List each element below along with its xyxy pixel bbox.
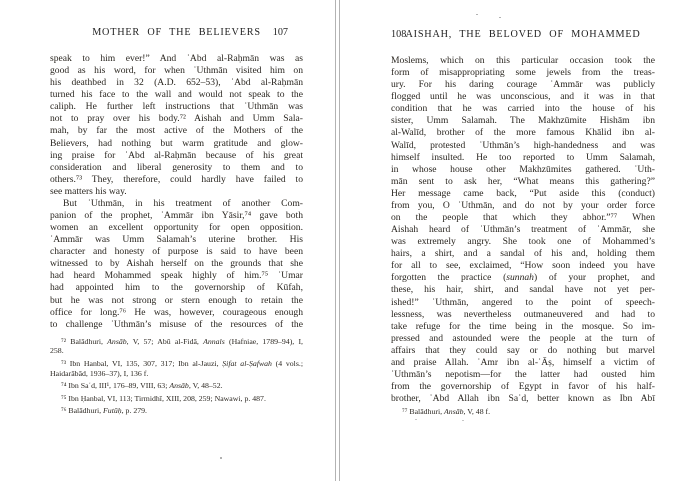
text-line: Walīd, protested ʿUthmān’s high-handedne…: [391, 140, 655, 152]
text-line: Believers, had nothing but warm gratitud…: [50, 138, 303, 150]
text-line: had heard Mohammed speak highly of him.⁷…: [50, 270, 303, 282]
text-line: on the people that which they abhor.”⁷⁷ …: [391, 212, 655, 224]
text-line: character and honesty of purpose is said…: [50, 246, 303, 258]
text-line: women an excellent opportunity for open …: [50, 222, 303, 234]
text-line: 258.: [50, 346, 303, 356]
text-line: affairs that they could say or do nothin…: [391, 345, 655, 357]
text-line: himself insulted. He too reported to Umm…: [391, 152, 655, 164]
scan-speck: [415, 419, 417, 420]
text-line: for all to see, exclaimed, “How soon ind…: [391, 260, 655, 272]
text-line: office for long.⁷⁶ He was, however, cour…: [50, 307, 303, 319]
text-line: lessness, was nevertheless outmaneuvered…: [391, 309, 655, 321]
book-spread: MOTHER OF THE BELIEVERS 107 speak to him…: [0, 0, 673, 481]
page-right: 108 AISHAH, THE BELOVED OF MOHAMMED Mosl…: [340, 0, 673, 481]
text-line: mān sent to ask her, “What means this ga…: [391, 176, 655, 188]
running-head-right: 108 AISHAH, THE BELOVED OF MOHAMMED: [391, 29, 655, 40]
footnotes-left: ⁷² Balādhuri, Ansāb, V, 57; Abū al-Fidā,…: [50, 334, 303, 416]
text-line: ⁷³ Ibn Hanbal, VI, 135, 307, 317; Ibn al…: [50, 359, 303, 369]
page-left: MOTHER OF THE BELIEVERS 107 speak to him…: [0, 0, 334, 481]
running-head-left: MOTHER OF THE BELIEVERS 107: [50, 27, 303, 38]
text-line: ⁷⁵ Ibn Ḥanbal, VI, 113; Tirmidhī, XIII, …: [50, 394, 303, 404]
text-line: Haidarābād, 1936–37), I, 136 f.: [50, 369, 303, 379]
scan-speck: [476, 14, 478, 15]
text-line: ⁷⁷ Balādhuri, Ansāb, V, 48 f.: [391, 407, 655, 417]
text-line: Moslems, which on this particular occasi…: [391, 55, 655, 67]
page-number-left: 107: [273, 27, 288, 38]
text-line: form of misappropriating some jewels fro…: [391, 67, 655, 79]
body-text-right: Moslems, which on this particular occasi…: [391, 55, 655, 405]
text-line: But ʿUthmān, in his treatment of another…: [50, 198, 303, 210]
text-line: panion of the prophet, ʿAmmār ibn Yāsir,…: [50, 210, 303, 222]
text-line: in whose house other Makhzūmites gathere…: [391, 164, 655, 176]
text-line: ʿAmmār was Umm Salamah’s uterine brother…: [50, 234, 303, 246]
text-line: ⁷⁴ Ibn Saʿd, III¹, 176–89, VIII, 63; Ans…: [50, 381, 303, 391]
text-line: ⁷² Balādhuri, Ansāb, V, 57; Abū al-Fidā,…: [50, 337, 303, 347]
text-line: condition that he was carried into the h…: [391, 103, 655, 115]
text-line: and praise Allah. ʿAmr ibn al-ʿĀṣ, himse…: [391, 357, 655, 369]
text-line: pressed and astounded were the people at…: [391, 333, 655, 345]
text-line: good as his word, for when ʿUthmān visit…: [50, 65, 303, 77]
text-line: ing praise for ʿAbd al-Raḥmān because of…: [50, 150, 303, 162]
text-line: take refuge for the time being in the mo…: [391, 321, 655, 333]
running-title-right: AISHAH, THE BELOVED OF MOHAMMED: [405, 29, 640, 40]
text-line: Aishah heard of ʿUthmān’s treatment of ʿ…: [391, 224, 655, 236]
text-line: others.⁷³ They, therefore, could hardly …: [50, 174, 303, 186]
text-line: hairs, a shirt, and a sandal of his and,…: [391, 248, 655, 260]
text-line: flogged until he was unconscious, and it…: [391, 91, 655, 103]
text-line: mah, by far the most active of the Mothe…: [50, 125, 303, 137]
scan-speck: [499, 17, 501, 18]
text-line: was extremely angry. She took one of Moh…: [391, 236, 655, 248]
text-line: from you, O ʿUthmān, and do not by your …: [391, 200, 655, 212]
text-line: but he was not strong or stern enough to…: [50, 295, 303, 307]
text-line: ʿUthmān’s nepotism—for the latter had ou…: [391, 369, 655, 381]
page-number-right: 108: [391, 29, 406, 40]
text-line: his deathbed in 32 (A.D. 652–53), ʿAbd a…: [50, 77, 303, 89]
text-line: see matters his way.: [50, 186, 303, 198]
text-line: Her message came back, “Put aside this (…: [391, 188, 655, 200]
left-column: MOTHER OF THE BELIEVERS 107 speak to him…: [50, 0, 303, 481]
text-line: to challenge ʿUthmān’s misuse of the res…: [50, 319, 303, 331]
text-line: forgotten the practice (sunnah) of your …: [391, 272, 655, 284]
scan-speck: [220, 457, 222, 459]
text-line: sister, Umm Salamah. The Makhzūmite Hish…: [391, 115, 655, 127]
text-line: from the governorship of Egypt in favor …: [391, 381, 655, 393]
text-line: turned his face to the wall and would no…: [50, 89, 303, 101]
right-column: 108 AISHAH, THE BELOVED OF MOHAMMED Mosl…: [391, 0, 655, 481]
text-line: not to pray over his body.⁷² Aishah and …: [50, 113, 303, 125]
text-line: caliph. He further left instructions tha…: [50, 101, 303, 113]
text-line: witnessed to by Aishah herself on the gr…: [50, 258, 303, 270]
text-line: these, his hair, shirt, and sandal have …: [391, 284, 655, 296]
text-line: ished!” ʿUthmān, angered to the point of…: [391, 297, 655, 309]
body-text-left: speak to him ever!” And ʿAbd al-Raḥmān w…: [50, 53, 303, 331]
text-line: ury. For his daring courage ʿAmmār was p…: [391, 79, 655, 91]
text-line: had appointed him to the governorship of…: [50, 282, 303, 294]
text-line: ⁷⁶ Balādhuri, Futūḥ, p. 279.: [50, 406, 303, 416]
scan-speck: [462, 420, 464, 421]
running-title-left: MOTHER OF THE BELIEVERS: [92, 27, 261, 38]
footnotes-right: ⁷⁷ Balādhuri, Ansāb, V, 48 f.: [391, 404, 655, 416]
text-line: al-Walīd, brother of the more famous Khā…: [391, 127, 655, 139]
text-line: speak to him ever!” And ʿAbd al-Raḥmān w…: [50, 53, 303, 65]
text-line: consideration and liberal generosity to …: [50, 162, 303, 174]
